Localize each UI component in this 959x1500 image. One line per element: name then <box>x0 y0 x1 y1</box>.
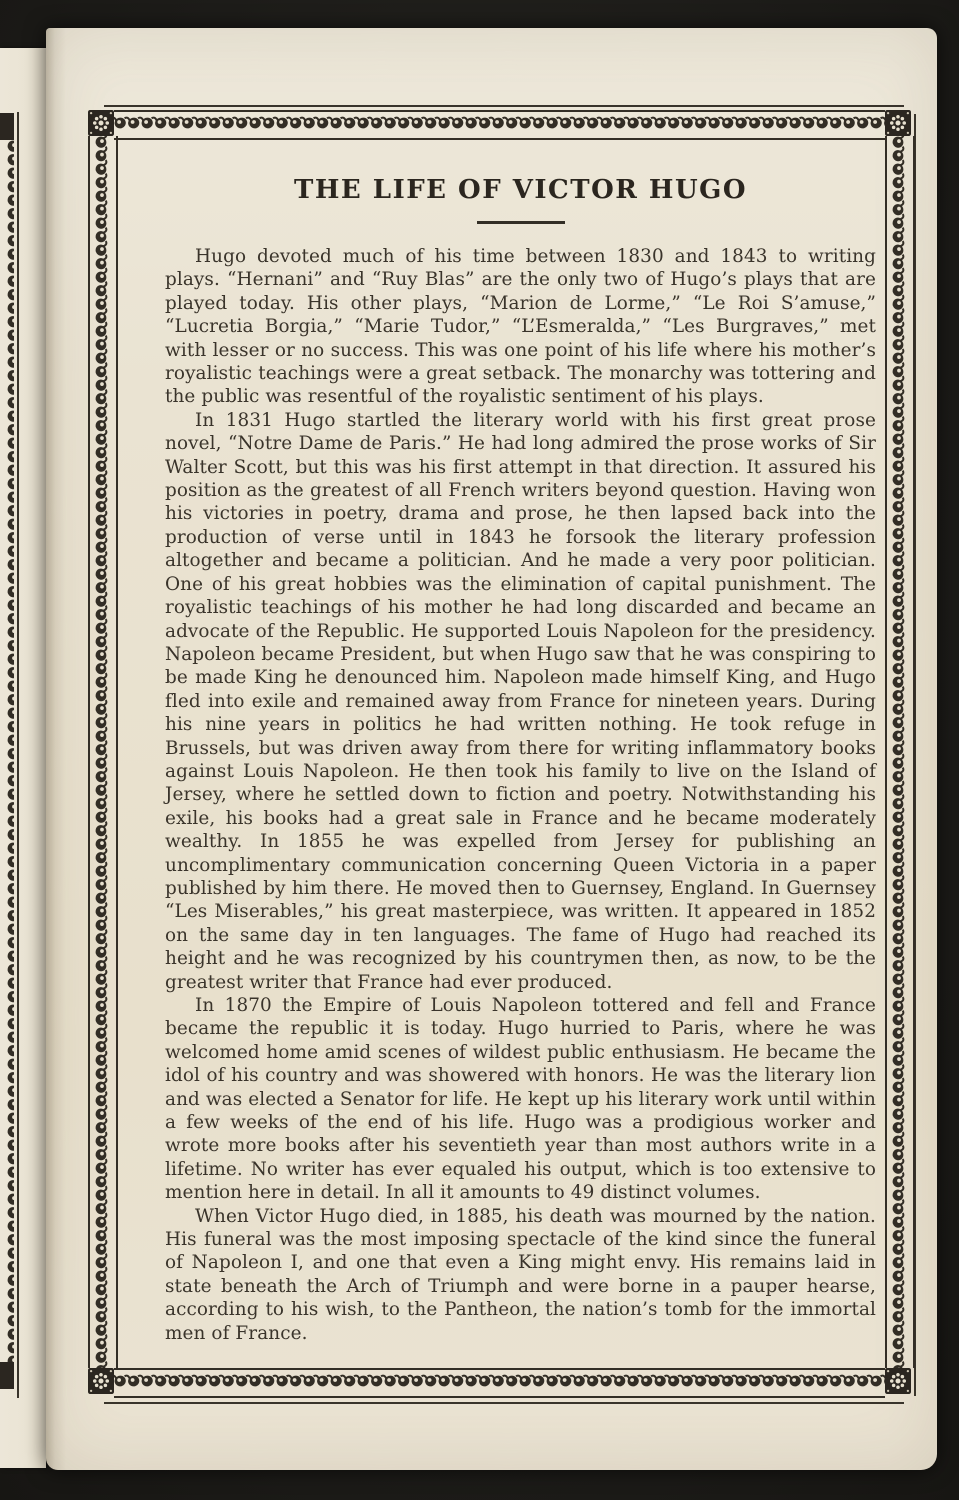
paragraph-3: In 1870 the Empire of Louis Napoleon tot… <box>165 994 876 1205</box>
paragraph-2: In 1831 Hugo startled the literary world… <box>165 409 876 994</box>
frame-rule <box>17 112 19 1398</box>
chain-border-top <box>88 110 911 136</box>
chain-pattern <box>885 136 915 1368</box>
facing-page-edge <box>0 48 46 1468</box>
chain-pattern <box>114 110 885 140</box>
corner-rosette-icon <box>88 110 114 136</box>
article: THE LIFE OF VICTOR HUGO Hugo devoted muc… <box>165 146 876 1345</box>
chain-pattern <box>114 1368 885 1398</box>
paragraph-4: When Victor Hugo died, in 1885, his deat… <box>165 1205 876 1345</box>
chain-border-left <box>88 136 114 1368</box>
corner-rosette-icon <box>885 110 911 136</box>
page: THE LIFE OF VICTOR HUGO Hugo devoted muc… <box>46 28 937 1470</box>
corner-rosette-icon <box>885 1368 911 1394</box>
chain-border-right <box>885 136 911 1368</box>
page-fold-crease <box>46 28 66 1470</box>
scan-background: THE LIFE OF VICTOR HUGO Hugo devoted muc… <box>0 0 959 1500</box>
frame-rule <box>104 1402 904 1404</box>
corner-rosette-icon <box>88 1368 114 1394</box>
corner-rosette-icon <box>0 1362 14 1389</box>
frame-rule <box>104 105 904 107</box>
chain-pattern <box>88 136 118 1368</box>
chain-border-bottom <box>88 1368 911 1394</box>
page-title: THE LIFE OF VICTOR HUGO <box>165 174 876 206</box>
chain-border-facing-page <box>0 140 14 1362</box>
title-divider <box>477 221 565 224</box>
corner-rosette-icon <box>0 113 14 140</box>
paragraph-1: Hugo devoted much of his time between 18… <box>165 245 876 409</box>
